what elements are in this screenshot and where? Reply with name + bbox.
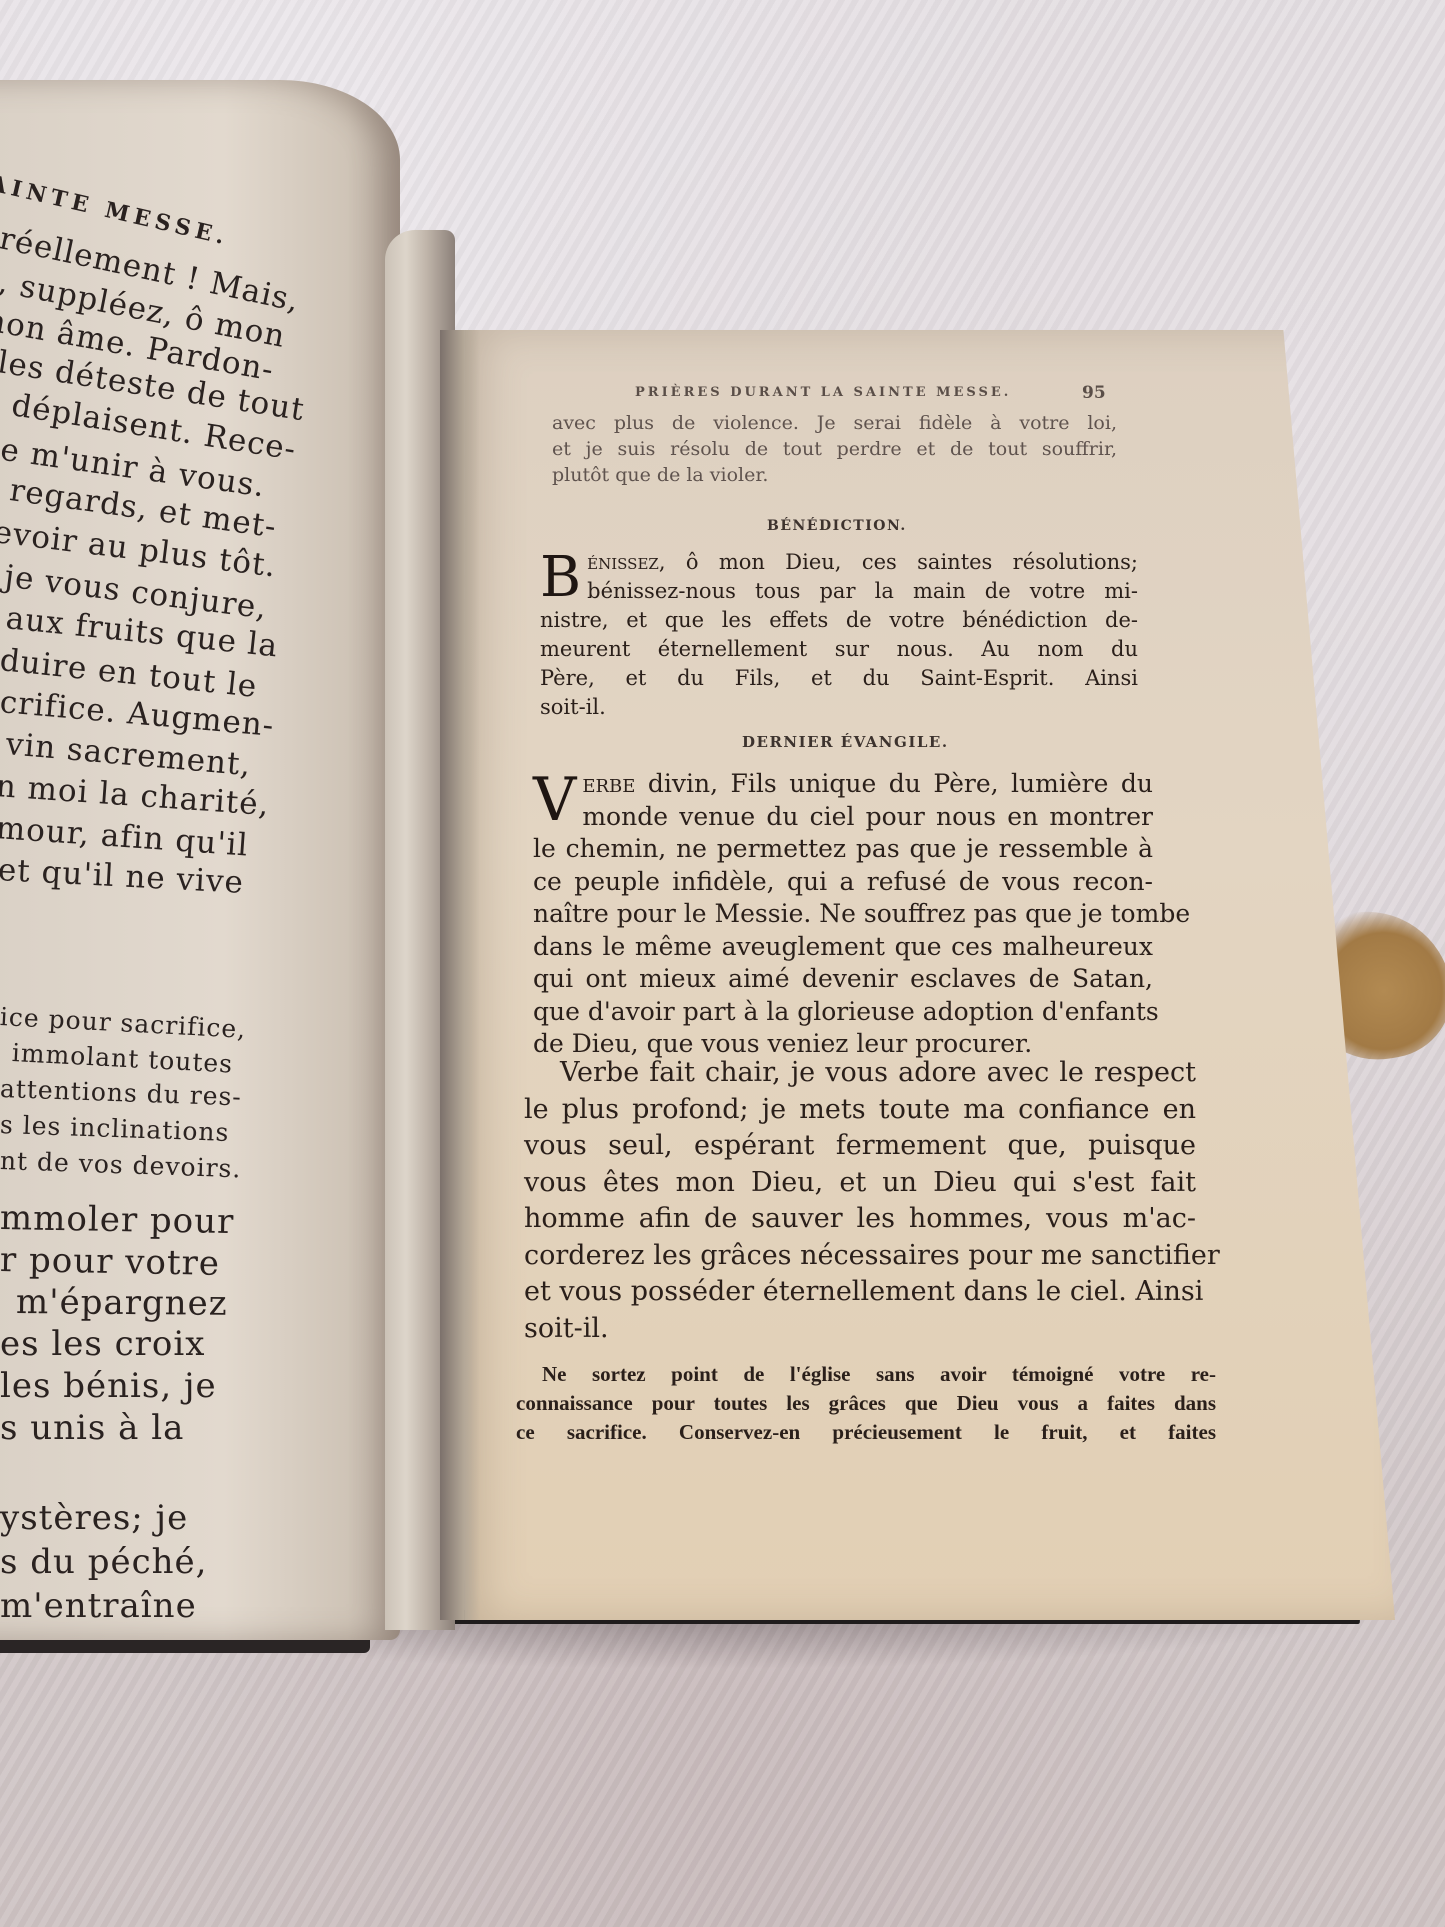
page-number: 95 bbox=[1082, 383, 1106, 403]
left-line: attentions du res- bbox=[0, 1074, 242, 1111]
left-line: mmoler pour bbox=[0, 1198, 235, 1242]
text-line: corderez les grâces nécessaires pour me … bbox=[524, 1238, 1196, 1275]
text-line: que d'avoir part à la glorieuse adoption… bbox=[533, 996, 1153, 1029]
section-title-dernier-evangile: DERNIER ÉVANGILE. bbox=[742, 733, 949, 751]
left-line: nt de vos devoirs. bbox=[0, 1146, 242, 1183]
text-line: et vous posséder éternellement dans le c… bbox=[524, 1274, 1196, 1311]
left-page: AINTE MESSE. réellement ! Mais, e, suppl… bbox=[0, 80, 400, 1640]
text-line: meurent éternellement sur nous. Au nom d… bbox=[540, 635, 1138, 664]
text-line: avec plus de violence. Je serai fidèle à… bbox=[552, 410, 1117, 436]
text-line: vous seul, espérant fermement que, puisq… bbox=[524, 1128, 1196, 1165]
first-word: énissez bbox=[587, 550, 659, 574]
text-line: plutôt que de la violer. bbox=[552, 462, 1117, 488]
text-line: monde venue du ciel pour nous en montrer bbox=[533, 801, 1153, 834]
text-line: ce peuple infidèle, qui a refusé de vous… bbox=[533, 866, 1153, 899]
left-line: s du péché, bbox=[0, 1542, 207, 1582]
evangile-paragraph: V erbe divin, Fils unique du Père, lumiè… bbox=[533, 768, 1153, 1061]
left-line: es les croix bbox=[0, 1324, 205, 1364]
drop-cap: B bbox=[540, 552, 581, 604]
text-line: bénissez-nous tous par la main de votre … bbox=[540, 577, 1138, 606]
text-line: nistre, et que les effets de votre bénéd… bbox=[540, 606, 1138, 635]
section-title-benediction: BÉNÉDICTION. bbox=[767, 518, 907, 534]
benediction-paragraph: B énissez, ô mon Dieu, ces saintes résol… bbox=[540, 548, 1138, 722]
drop-cap: V bbox=[533, 772, 576, 828]
closing-instruction: Ne sortez point de l'église sans avoir t… bbox=[516, 1360, 1216, 1447]
text-line: vous êtes mon Dieu, et un Dieu qui s'est… bbox=[524, 1165, 1196, 1202]
left-page-text: AINTE MESSE. réellement ! Mais, e, suppl… bbox=[0, 80, 400, 1640]
text-line: le plus profond; je mets toute ma confia… bbox=[524, 1092, 1196, 1129]
left-line: r pour votre bbox=[0, 1240, 220, 1284]
text-line: Père, et du Fils, et du Saint-Esprit. Ai… bbox=[540, 664, 1138, 693]
continuation-paragraph: avec plus de violence. Je serai fidèle à… bbox=[552, 410, 1117, 488]
text-line: le chemin, ne permettez pas que je resse… bbox=[533, 833, 1153, 866]
left-line: ystères; je bbox=[0, 1498, 188, 1538]
running-header: PRIÈRES DURANT LA SAINTE MESSE. bbox=[635, 385, 1011, 400]
evangile-paragraph-2: Verbe fait chair, je vous adore avec le … bbox=[524, 1055, 1196, 1347]
left-line: s unis à la bbox=[0, 1408, 184, 1448]
text-line: connaissance pour toutes les grâces que … bbox=[516, 1389, 1216, 1418]
text-line: qui ont mieux aimé devenir esclaves de S… bbox=[533, 963, 1153, 996]
left-line: les bénis, je bbox=[0, 1366, 217, 1406]
text-line: naître pour le Messie. Ne souffrez pas q… bbox=[533, 898, 1153, 931]
first-word: erbe bbox=[582, 769, 635, 798]
book-gutter bbox=[440, 330, 480, 1620]
left-line: m'épargnez bbox=[16, 1282, 228, 1324]
left-line: m'entraîne bbox=[0, 1586, 197, 1626]
text-line: divin, Fils unique du Père, lumière du bbox=[635, 769, 1153, 798]
text-line: Verbe fait chair, je vous adore avec le … bbox=[524, 1055, 1196, 1092]
left-line: ice pour sacrifice, bbox=[0, 1002, 247, 1044]
text-line: soit-il. bbox=[524, 1311, 1196, 1348]
text-line: soit-il. bbox=[540, 693, 1138, 722]
text-line: Ne sortez point de l'église sans avoir t… bbox=[516, 1360, 1216, 1389]
text-line: et je suis résolu de tout perdre et de t… bbox=[552, 436, 1117, 462]
text-line: homme afin de sauver les hommes, vous m'… bbox=[524, 1201, 1196, 1238]
text-line: , ô mon Dieu, ces saintes résolutions; bbox=[659, 550, 1138, 574]
left-line: s les inclinations bbox=[0, 1110, 230, 1147]
text-line: ce sacrifice. Conservez-en précieusement… bbox=[516, 1418, 1216, 1447]
text-line: dans le même aveuglement que ces malheur… bbox=[533, 931, 1153, 964]
left-line: immolant toutes bbox=[11, 1038, 234, 1079]
